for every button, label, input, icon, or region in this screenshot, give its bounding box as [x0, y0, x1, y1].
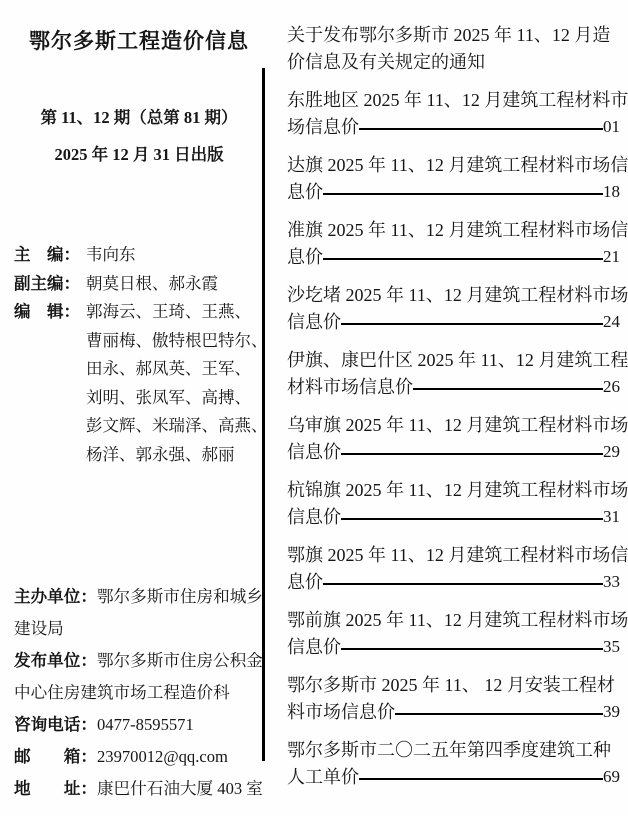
toc-page-number: 18: [603, 179, 620, 206]
toc-entry-line2: 场信息价 01: [287, 114, 620, 141]
org-info-row: 地 址：康巴什石油大厦 403 室: [14, 773, 266, 805]
toc-leader-line: [341, 323, 603, 326]
toc-entry-line2: 信息价 29: [287, 439, 620, 466]
org-info-value: 康巴什石油大厦 403 室: [97, 779, 263, 798]
toc-entry-line2: 人工单价 69: [287, 764, 620, 791]
org-info-label: 地 址：: [14, 779, 97, 798]
toc-entry-title-line1: 伊旗、康巴什区 2025 年 11、12 月建筑工程: [287, 347, 620, 374]
toc-page-number: 21: [603, 244, 620, 271]
toc-leader-line: [341, 453, 603, 456]
toc-entry-title-line2: 息价: [287, 569, 323, 596]
toc-entry-title-line2: 料市场信息价: [287, 699, 395, 726]
toc-entry-title-line2: 人工单价: [287, 764, 359, 791]
staff-row: 编 辑： 郭海云、王琦、王燕、曹丽梅、傲特根巴特尔、田永、郝凤英、王军、刘明、张…: [14, 298, 264, 469]
toc-leader-line: [359, 128, 603, 131]
toc-entry-title-line1: 乌审旗 2025 年 11、12 月建筑工程材料市场: [287, 412, 620, 439]
issue-block: 第 11、12 期（总第 81 期） 2025 年 12 月 31 日出版: [14, 99, 264, 173]
text-line: 郭海云、王琦、王燕、: [86, 298, 268, 327]
publish-date-line: 2025 年 12 月 31 日出版: [14, 136, 264, 173]
org-info-block: 主办单位：鄂尔多斯市住房和城乡建设局 发布单位：鄂尔多斯市住房公积金中心住房建筑…: [14, 581, 266, 805]
staff-names: 韦向东: [86, 241, 264, 270]
toc-entry-title-line2: 价信息及有关规定的通知: [287, 49, 485, 76]
toc-leader-line: [395, 713, 603, 716]
org-info-value: 0477-8595571: [97, 715, 194, 734]
table-of-contents: 关于发布鄂尔多斯市 2025 年 11、12 月造 价信息及有关规定的通知 东胜…: [287, 22, 620, 802]
toc-entry-title-line2: 材料市场信息价: [287, 374, 413, 401]
text-line: 朝莫日根、郝永霞: [86, 270, 264, 299]
toc-entry: 沙圪堵 2025 年 11、12 月建筑工程材料市场 信息价 24: [287, 282, 620, 335]
toc-leader-line: [359, 778, 603, 781]
toc-entry-title-line1: 关于发布鄂尔多斯市 2025 年 11、12 月造: [287, 22, 620, 49]
toc-page-number: 69: [603, 764, 620, 791]
toc-entry-title-line1: 鄂前旗 2025 年 11、12 月建筑工程材料市场: [287, 607, 620, 634]
staff-row: 主 编： 韦向东: [14, 241, 264, 270]
toc-leader-line: [341, 518, 603, 521]
toc-entry-title-line2: 信息价: [287, 504, 341, 531]
issue-number-line: 第 11、12 期（总第 81 期）: [14, 99, 264, 136]
toc-entry-title-line2: 息价: [287, 244, 323, 271]
text-line: 刘明、张凤军、高搏、: [86, 384, 268, 413]
staff-role-label: 副主编：: [14, 270, 76, 299]
toc-entry-title-line2: 信息价: [287, 439, 341, 466]
org-info-row: 邮 箱：23970012@qq.com: [14, 741, 266, 773]
toc-entry-title-line2: 息价: [287, 179, 323, 206]
text-line: 杨洋、郭永强、郝丽: [86, 441, 268, 470]
toc-entry-line2: 料市场信息价 39: [287, 699, 620, 726]
toc-entry: 东胜地区 2025 年 11、12 月建筑工程材料市 场信息价 01: [287, 87, 620, 140]
toc-entry: 鄂旗 2025 年 11、12 月建筑工程材料市场信 息价 33: [287, 542, 620, 595]
toc-entry: 鄂尔多斯市二〇二五年第四季度建筑工种 人工单价 69: [287, 737, 620, 790]
toc-page-number: 39: [603, 699, 620, 726]
toc-entry: 鄂尔多斯市 2025 年 11、 12 月安装工程材 料市场信息价 39: [287, 672, 620, 725]
org-info-value: 23970012@qq.com: [97, 747, 228, 766]
staff-names: 朝莫日根、郝永霞: [86, 270, 264, 299]
toc-entry-line2: 息价 18: [287, 179, 620, 206]
toc-entry-title-line2: 信息价: [287, 634, 341, 661]
toc-entry-title-line1: 杭锦旗 2025 年 11、12 月建筑工程材料市场: [287, 477, 620, 504]
toc-entry-title-line1: 鄂尔多斯市 2025 年 11、 12 月安装工程材: [287, 672, 620, 699]
org-info-label: 邮 箱：: [14, 747, 97, 766]
toc-entry-title-line1: 鄂旗 2025 年 11、12 月建筑工程材料市场信: [287, 542, 620, 569]
staff-role-label: 主 编：: [14, 241, 76, 270]
toc-page-number: 24: [603, 309, 620, 336]
document-page: 鄂尔多斯工程造价信息 第 11、12 期（总第 81 期） 2025 年 12 …: [0, 0, 628, 816]
toc-entry: 伊旗、康巴什区 2025 年 11、12 月建筑工程 材料市场信息价 26: [287, 347, 620, 400]
org-info-row: 发布单位：鄂尔多斯市住房公积金中心住房建筑市场工程造价科: [14, 645, 266, 709]
masthead: 鄂尔多斯工程造价信息 第 11、12 期（总第 81 期） 2025 年 12 …: [14, 0, 264, 805]
toc-entry-title-line1: 东胜地区 2025 年 11、12 月建筑工程材料市: [287, 87, 620, 114]
staff-names: 郭海云、王琦、王燕、曹丽梅、傲特根巴特尔、田永、郝凤英、王军、刘明、张凤军、高搏…: [86, 298, 268, 469]
toc-entry-title-line1: 准旗 2025 年 11、12 月建筑工程材料市场信: [287, 217, 620, 244]
org-info-row: 咨询电话：0477-8595571: [14, 709, 266, 741]
toc-entry: 达旗 2025 年 11、12 月建筑工程材料市场信 息价 18: [287, 152, 620, 205]
toc-entry-title-line2: 场信息价: [287, 114, 359, 141]
text-line: 田永、郝凤英、王军、: [86, 355, 268, 384]
toc-leader-line: [323, 583, 603, 586]
toc-page-number: 35: [603, 634, 620, 661]
toc-page-number: 26: [603, 374, 620, 401]
toc-entry-title-line1: 达旗 2025 年 11、12 月建筑工程材料市场信: [287, 152, 620, 179]
toc-entry-line2: 价信息及有关规定的通知: [287, 49, 620, 76]
toc-leader-line: [323, 258, 603, 261]
column-divider-rule: [262, 68, 265, 761]
toc-entry-line2: 息价 33: [287, 569, 620, 596]
org-info-row: 主办单位：鄂尔多斯市住房和城乡建设局: [14, 581, 266, 645]
publication-title: 鄂尔多斯工程造价信息: [14, 0, 264, 55]
toc-page-number: 33: [603, 569, 620, 596]
org-info-label: 发布单位：: [14, 651, 97, 670]
toc-entry: 准旗 2025 年 11、12 月建筑工程材料市场信 息价 21: [287, 217, 620, 270]
toc-entry-line2: 信息价 35: [287, 634, 620, 661]
toc-entry: 鄂前旗 2025 年 11、12 月建筑工程材料市场 信息价 35: [287, 607, 620, 660]
toc-entry-title-line1: 沙圪堵 2025 年 11、12 月建筑工程材料市场: [287, 282, 620, 309]
toc-entry-line2: 材料市场信息价 26: [287, 374, 620, 401]
text-line: 曹丽梅、傲特根巴特尔、: [86, 327, 268, 356]
toc-page-number: 31: [603, 504, 620, 531]
toc-entry-title-line2: 信息价: [287, 309, 341, 336]
toc-leader-line: [341, 648, 603, 651]
staff-block: 主 编： 韦向东 副主编： 朝莫日根、郝永霞 编 辑： 郭海云、王琦、王燕、曹丽…: [14, 241, 264, 469]
toc-entry-line2: 信息价 24: [287, 309, 620, 336]
text-line: 彭文辉、米瑞泽、高燕、: [86, 412, 268, 441]
toc-leader-line: [323, 193, 603, 196]
staff-role-label: 编 辑：: [14, 298, 76, 469]
toc-entry-line2: 信息价 31: [287, 504, 620, 531]
toc-entry-line2: 息价 21: [287, 244, 620, 271]
toc-entry: 杭锦旗 2025 年 11、12 月建筑工程材料市场 信息价 31: [287, 477, 620, 530]
org-info-label: 主办单位：: [14, 587, 97, 606]
text-line: 韦向东: [86, 241, 264, 270]
toc-leader-line: [413, 388, 603, 391]
toc-entry: 关于发布鄂尔多斯市 2025 年 11、12 月造 价信息及有关规定的通知: [287, 22, 620, 75]
staff-row: 副主编： 朝莫日根、郝永霞: [14, 270, 264, 299]
toc-entry: 乌审旗 2025 年 11、12 月建筑工程材料市场 信息价 29: [287, 412, 620, 465]
toc-entry-title-line1: 鄂尔多斯市二〇二五年第四季度建筑工种: [287, 737, 620, 764]
toc-page-number: 29: [603, 439, 620, 466]
toc-page-number: 01: [603, 114, 620, 141]
org-info-label: 咨询电话：: [14, 715, 97, 734]
